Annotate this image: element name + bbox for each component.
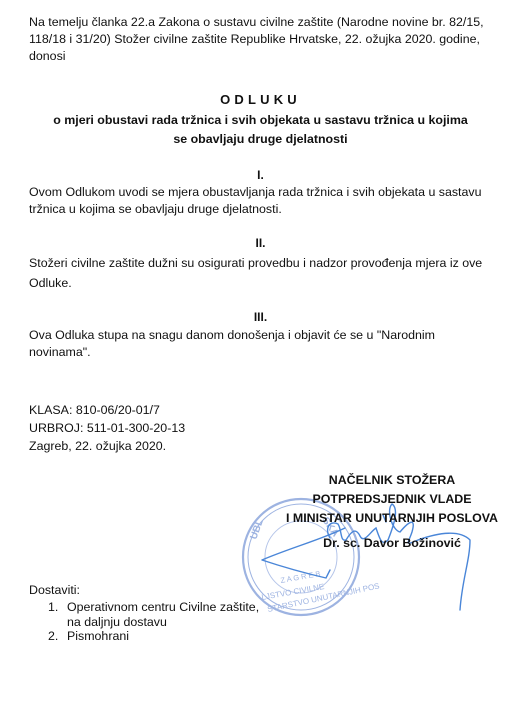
distribution-list: 1. Operativnom centru Civilne zaštite, n… bbox=[29, 600, 329, 644]
distribution-item: 1. Operativnom centru Civilne zaštite, n… bbox=[29, 600, 329, 629]
signatory-title-line2: POTPREDSJEDNIK VLADE bbox=[262, 490, 521, 509]
article-3-number: III. bbox=[0, 310, 521, 324]
decision-title: ODLUKU bbox=[0, 92, 521, 107]
article-2-text: Stožeri civilne zaštite dužni su osigura… bbox=[29, 253, 499, 293]
article-1-number: I. bbox=[0, 168, 521, 182]
decision-subtitle-line2: se obavljaju druge djelatnosti bbox=[0, 130, 521, 149]
svg-text:LJSTVO CIVILNE: LJSTVO CIVILNE bbox=[261, 582, 325, 602]
place-date: Zagreb, 22. ožujka 2020. bbox=[29, 438, 166, 456]
distribution-item: 2. Pismohrani bbox=[29, 629, 329, 644]
signatory-title-line1: NAČELNIK STOŽERA bbox=[262, 471, 521, 490]
preamble: Na temelju članka 22.a Zakona o sustavu … bbox=[29, 14, 499, 65]
distribution-label: Dostaviti: bbox=[29, 583, 80, 597]
article-1-text: Ovom Odlukom uvodi se mjera obustavljanj… bbox=[29, 184, 499, 218]
urbroj: URBROJ: 511-01-300-20-13 bbox=[29, 420, 185, 438]
signatory-name: Dr. sc. Davor Božinović bbox=[262, 536, 521, 550]
svg-text:Z A G R E B: Z A G R E B bbox=[280, 569, 321, 585]
article-3-text: Ova Odluka stupa na snagu danom donošenj… bbox=[29, 327, 499, 361]
klasa: KLASA: 810-06/20-01/7 bbox=[29, 402, 160, 420]
signatory-title-line3: I MINISTAR UNUTARNJIH POSLOVA bbox=[262, 509, 521, 528]
decision-subtitle-line1: o mjeri obustavi rada tržnica i svih obj… bbox=[0, 111, 521, 130]
article-2-number: II. bbox=[0, 236, 521, 250]
